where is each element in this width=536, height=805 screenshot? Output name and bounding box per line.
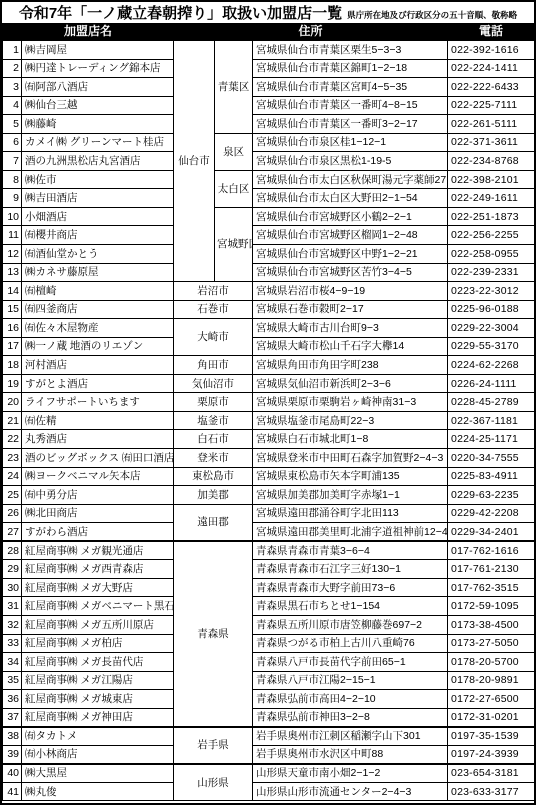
address-cell: 宮城県遠田郡美里町北浦字道祖神前12−4 xyxy=(253,523,448,542)
row-number: 35 xyxy=(3,671,22,690)
phone-cell: 0225-83-4911 xyxy=(448,467,535,486)
table-row: 21㈲佐精塩釜市宮城県塩釜市尾島町22−3022-367-1181 xyxy=(3,411,535,430)
row-number: 3 xyxy=(3,78,22,97)
table-row: 30紅屋商事㈱ メガ大野店青森県青森市大野字前田73−6017-762-3515 xyxy=(3,578,535,597)
row-number: 40 xyxy=(3,764,22,783)
address-cell: 青森県黒石市ちとせ1−154 xyxy=(253,597,448,616)
address-cell: 宮城県仙台市宮城野区小鶴2−2−1 xyxy=(253,207,448,226)
area-cell: 石巻市 xyxy=(174,300,253,319)
row-number: 39 xyxy=(3,745,22,764)
area-cell: 青森県 xyxy=(174,541,253,726)
address-cell: 宮城県仙台市宮城野区榴岡1−2−48 xyxy=(253,226,448,245)
address-cell: 宮城県加美郡加美町字赤塚1−1 xyxy=(253,486,448,505)
address-cell: 岩手県奥州市江刺区稲瀬字山下301 xyxy=(253,727,448,746)
phone-cell: 022-392-1616 xyxy=(448,41,535,60)
row-number: 23 xyxy=(3,449,22,468)
phone-cell: 022-234-8768 xyxy=(448,152,535,171)
store-name-cell: ㈱吉岡屋 xyxy=(22,41,174,60)
store-name-cell: ㈱吉田酒店 xyxy=(22,189,174,208)
row-number: 5 xyxy=(3,115,22,134)
phone-cell: 0229-63-2235 xyxy=(448,486,535,505)
phone-cell: 0172-59-1095 xyxy=(448,597,535,616)
store-name-cell: すがとよ酒店 xyxy=(22,374,174,393)
store-name-cell: ㈱仙台三越 xyxy=(22,96,174,115)
store-name-cell: ㈲酒仙堂かとう xyxy=(22,245,174,264)
area-cell: 東松島市 xyxy=(174,467,253,486)
table-row: 38㈲タカトメ岩手県岩手県奥州市江刺区稲瀬字山下3010197-35-1539 xyxy=(3,727,535,746)
address-cell: 宮城県角田市角田字町238 xyxy=(253,356,448,375)
row-number: 4 xyxy=(3,96,22,115)
phone-cell: 023-633-3177 xyxy=(448,782,535,801)
table-row: 32紅屋商事㈱ メガ五所川原店青森県五所川原市唐笠柳藤巻697−20173-38… xyxy=(3,615,535,634)
table-row: 26㈱北田商店遠田郡宮城県遠田郡涌谷町字北田1130229-42-2208 xyxy=(3,504,535,523)
row-number: 14 xyxy=(3,282,22,301)
phone-cell: 017-761-2130 xyxy=(448,560,535,579)
store-name-cell: 紅屋商事㈱ メガ柏店 xyxy=(22,634,174,653)
phone-cell: 0172-31-0201 xyxy=(448,708,535,727)
table-row: 9㈱吉田酒店宮城県仙台市太白区大野田2−1−54022-249-1611 xyxy=(3,189,535,208)
table-row: 33紅屋商事㈱ メガ柏店青森県つがる市柏上古川八重崎760173-27-5050 xyxy=(3,634,535,653)
table-row: 18河村酒店角田市宮城県角田市角田字町2380224-62-2268 xyxy=(3,356,535,375)
phone-cell: 0228-45-2789 xyxy=(448,393,535,412)
table-row: 17㈱一ノ蔵 地酒のリエゾン宮城県大崎市松山千石字大欅140229-55-317… xyxy=(3,337,535,356)
address-cell: 宮城県仙台市太白区秋保町湯元字薬師27 xyxy=(253,170,448,189)
row-number: 26 xyxy=(3,504,22,523)
address-cell: 山形県天童市南小畑2−1−2 xyxy=(253,764,448,783)
row-number: 38 xyxy=(3,727,22,746)
store-name-cell: カメイ㈱ グリーンマート桂店 xyxy=(22,133,174,152)
store-name-cell: すがわら酒店 xyxy=(22,523,174,542)
store-name-cell: ㈱藤崎 xyxy=(22,115,174,134)
table-row: 22丸秀酒店白石市宮城県白石市城北町1−80224-25-1171 xyxy=(3,430,535,449)
store-name-cell: ㈲佐精 xyxy=(22,411,174,430)
phone-cell: 022-367-1181 xyxy=(448,411,535,430)
area-cell: 塩釜市 xyxy=(174,411,253,430)
row-number: 29 xyxy=(3,560,22,579)
phone-cell: 0172-27-6500 xyxy=(448,690,535,709)
table-row: 3㈲阿部八酒店宮城県仙台市青葉区宮町4−5−35022-222-6433 xyxy=(3,78,535,97)
table-row: 23酒のビッグボックス ㈲田口酒店登米市宮城県登米市中田町石森字加賀野2−4−3… xyxy=(3,449,535,468)
phone-cell: 0229-42-2208 xyxy=(448,504,535,523)
address-cell: 宮城県仙台市青葉区一番町4−8−15 xyxy=(253,96,448,115)
store-name-cell: ㈲中勇分店 xyxy=(22,486,174,505)
phone-cell: 022-222-6433 xyxy=(448,78,535,97)
row-number: 9 xyxy=(3,189,22,208)
table-row: 2㈱円達トレーディング錦本店宮城県仙台市青葉区錦町1−2−18022-224-1… xyxy=(3,59,535,78)
document-page: 令和7年「一ノ蔵立春朝搾り」取扱い加盟店一覧 県庁所在地及び行政区分の五十音順、… xyxy=(0,0,536,805)
address-cell: 宮城県気仙沼市新浜町2−3−6 xyxy=(253,374,448,393)
store-name-cell: 紅屋商事㈱ メガ長苗代店 xyxy=(22,653,174,672)
row-number: 41 xyxy=(3,782,22,801)
page-subtitle: 県庁所在地及び行政区分の五十音順、敬称略 xyxy=(347,9,517,22)
address-cell: 宮城県塩釜市尾島町22−3 xyxy=(253,411,448,430)
address-cell: 青森県八戸市江陽2−15−1 xyxy=(253,671,448,690)
area-cell: 遠田郡 xyxy=(174,504,253,541)
phone-cell: 022-258-0955 xyxy=(448,245,535,264)
table-row: 20ライフサポートいちます栗原市宮城県栗原市栗駒岩ヶ崎神南31−30228-45… xyxy=(3,393,535,412)
address-cell: 宮城県仙台市青葉区錦町1−2−18 xyxy=(253,59,448,78)
address-cell: 宮城県大崎市古川台町9−3 xyxy=(253,319,448,338)
phone-cell: 022-261-5111 xyxy=(448,115,535,134)
area-cell: 宮城野区 xyxy=(215,207,253,281)
row-number: 7 xyxy=(3,152,22,171)
address-cell: 宮城県石巻市穀町2−17 xyxy=(253,300,448,319)
row-number: 13 xyxy=(3,263,22,282)
table-body: 1㈱吉岡屋仙台市青葉区宮城県仙台市青葉区栗生5−3−3022-392-16162… xyxy=(3,41,535,801)
header-phone: 電話 xyxy=(448,24,535,41)
phone-cell: 0224-62-2268 xyxy=(448,356,535,375)
address-cell: 宮城県遠田郡涌谷町字北田113 xyxy=(253,504,448,523)
document-title-bar: 令和7年「一ノ蔵立春朝搾り」取扱い加盟店一覧 県庁所在地及び行政区分の五十音順、… xyxy=(2,2,534,23)
table-row: 19すがとよ酒店気仙沼市宮城県気仙沼市新浜町2−3−60226-24-1111 xyxy=(3,374,535,393)
address-cell: 青森県八戸市長苗代字前田65−1 xyxy=(253,653,448,672)
table-row: 7酒の九洲黒松店丸宮酒店宮城県仙台市泉区黒松1-19-5022-234-8768 xyxy=(3,152,535,171)
row-number: 16 xyxy=(3,319,22,338)
row-number: 20 xyxy=(3,393,22,412)
phone-cell: 022-371-3611 xyxy=(448,133,535,152)
address-cell: 山形県山形市流通センター2−4−3 xyxy=(253,782,448,801)
store-name-cell: ライフサポートいちます xyxy=(22,393,174,412)
store-name-cell: ㈱丸俊 xyxy=(22,782,174,801)
store-name-cell: 紅屋商事㈱ メガ西青森店 xyxy=(22,560,174,579)
address-cell: 宮城県登米市中田町石森字加賀野2−4−3 xyxy=(253,449,448,468)
store-name-cell: 酒の九洲黒松店丸宮酒店 xyxy=(22,152,174,171)
address-cell: 宮城県仙台市泉区桂1−12−1 xyxy=(253,133,448,152)
address-cell: 青森県つがる市柏上古川八重崎76 xyxy=(253,634,448,653)
area-cell: 岩手県 xyxy=(174,727,253,764)
area-cell: 加美郡 xyxy=(174,486,253,505)
store-name-cell: 河村酒店 xyxy=(22,356,174,375)
row-number: 21 xyxy=(3,411,22,430)
table-row: 6カメイ㈱ グリーンマート桂店泉区宮城県仙台市泉区桂1−12−1022-371-… xyxy=(3,133,535,152)
store-name-cell: 紅屋商事㈱ メガ城東店 xyxy=(22,690,174,709)
table-row: 25㈲中勇分店加美郡宮城県加美郡加美町字赤塚1−10229-63-2235 xyxy=(3,486,535,505)
area-cell: 登米市 xyxy=(174,449,253,468)
row-number: 11 xyxy=(3,226,22,245)
row-number: 32 xyxy=(3,615,22,634)
row-number: 12 xyxy=(3,245,22,264)
table-row: 5㈱藤崎宮城県仙台市青葉区一番町3−2−17022-261-5111 xyxy=(3,115,535,134)
store-name-cell: ㈱円達トレーディング錦本店 xyxy=(22,59,174,78)
store-name-cell: 酒のビッグボックス ㈲田口酒店 xyxy=(22,449,174,468)
table-row: 13㈱カネサ藤原屋宮城県仙台市宮城野区苦竹3−4−5022-239-2331 xyxy=(3,263,535,282)
table-row: 36紅屋商事㈱ メガ城東店青森県弘前市高田4−2−100172-27-6500 xyxy=(3,690,535,709)
store-name-cell: ㈲佐々木屋物産 xyxy=(22,319,174,338)
phone-cell: 022-225-7111 xyxy=(448,96,535,115)
address-cell: 宮城県仙台市太白区大野田2−1−54 xyxy=(253,189,448,208)
phone-cell: 022-224-1411 xyxy=(448,59,535,78)
store-name-cell: ㈲四釜商店 xyxy=(22,300,174,319)
table-row: 12㈲酒仙堂かとう宮城県仙台市宮城野区中野1−2−21022-258-0955 xyxy=(3,245,535,264)
store-name-cell: 小畑酒店 xyxy=(22,207,174,226)
area-cell: 気仙沼市 xyxy=(174,374,253,393)
table-row: 41㈱丸俊山形県山形市流通センター2−4−3023-633-3177 xyxy=(3,782,535,801)
store-list-table: 加盟店名 住所 電話 1㈱吉岡屋仙台市青葉区宮城県仙台市青葉区栗生5−3−302… xyxy=(2,23,535,801)
store-name-cell: 紅屋商事㈱ メガ五所川原店 xyxy=(22,615,174,634)
table-row: 16㈲佐々木屋物産大崎市宮城県大崎市古川台町9−30229-22-3004 xyxy=(3,319,535,338)
store-name-cell: 紅屋商事㈱ メガ観光通店 xyxy=(22,541,174,560)
store-name-cell: 紅屋商事㈱ メガ神田店 xyxy=(22,708,174,727)
store-name-cell: ㈱一ノ蔵 地酒のリエゾン xyxy=(22,337,174,356)
table-row: 24㈱ヨークベニマル矢本店東松島市宮城県東松島市矢本字町浦1350225-83-… xyxy=(3,467,535,486)
phone-cell: 0229-22-3004 xyxy=(448,319,535,338)
row-number: 17 xyxy=(3,337,22,356)
area-cell: 仙台市 xyxy=(174,41,215,282)
row-number: 37 xyxy=(3,708,22,727)
address-cell: 青森県弘前市高田4−2−10 xyxy=(253,690,448,709)
row-number: 1 xyxy=(3,41,22,60)
store-name-cell: 丸秀酒店 xyxy=(22,430,174,449)
store-name-cell: ㈱カネサ藤原屋 xyxy=(22,263,174,282)
store-name-cell: 紅屋商事㈱ メガベニマート黒石店 xyxy=(22,597,174,616)
store-name-cell: 紅屋商事㈱ メガ大野店 xyxy=(22,578,174,597)
area-cell: 栗原市 xyxy=(174,393,253,412)
address-cell: 宮城県栗原市栗駒岩ヶ崎神南31−3 xyxy=(253,393,448,412)
address-cell: 宮城県仙台市青葉区一番町3−2−17 xyxy=(253,115,448,134)
store-name-cell: ㈱大黒屋 xyxy=(22,764,174,783)
area-cell: 青葉区 xyxy=(215,41,253,134)
phone-cell: 022-256-2255 xyxy=(448,226,535,245)
phone-cell: 0226-24-1111 xyxy=(448,374,535,393)
table-row: 39㈲小林商店岩手県奥州市水沢区中町880197-24-3939 xyxy=(3,745,535,764)
store-name-cell: ㈲櫻井商店 xyxy=(22,226,174,245)
row-number: 30 xyxy=(3,578,22,597)
row-number: 25 xyxy=(3,486,22,505)
phone-cell: 0224-25-1171 xyxy=(448,430,535,449)
phone-cell: 022-251-1873 xyxy=(448,207,535,226)
area-cell: 角田市 xyxy=(174,356,253,375)
page-title: 令和7年「一ノ蔵立春朝搾り」取扱い加盟店一覧 xyxy=(19,5,342,22)
phone-cell: 0178-20-9891 xyxy=(448,671,535,690)
table-row: 40㈱大黒屋山形県山形県天童市南小畑2−1−2023-654-3181 xyxy=(3,764,535,783)
address-cell: 岩手県奥州市水沢区中町88 xyxy=(253,745,448,764)
address-cell: 青森県青森市石江字三好130−1 xyxy=(253,560,448,579)
store-name-cell: 紅屋商事㈱ メガ江陽店 xyxy=(22,671,174,690)
address-cell: 宮城県仙台市青葉区宮町4−5−35 xyxy=(253,78,448,97)
store-name-cell: ㈱北田商店 xyxy=(22,504,174,523)
phone-cell: 0173-27-5050 xyxy=(448,634,535,653)
address-cell: 宮城県仙台市青葉区栗生5−3−3 xyxy=(253,41,448,60)
row-number: 10 xyxy=(3,207,22,226)
phone-cell: 017-762-3515 xyxy=(448,578,535,597)
address-cell: 宮城県東松島市矢本字町浦135 xyxy=(253,467,448,486)
table-row: 15㈲四釜商店石巻市宮城県石巻市穀町2−170225-96-0188 xyxy=(3,300,535,319)
row-number: 6 xyxy=(3,133,22,152)
phone-cell: 017-762-1616 xyxy=(448,541,535,560)
address-cell: 青森県五所川原市唐笠柳藤巻697−2 xyxy=(253,615,448,634)
area-cell: 山形県 xyxy=(174,764,253,801)
phone-cell: 0223-22-3012 xyxy=(448,282,535,301)
address-cell: 宮城県白石市城北町1−8 xyxy=(253,430,448,449)
table-row: 29紅屋商事㈱ メガ西青森店青森県青森市石江字三好130−1017-761-21… xyxy=(3,560,535,579)
phone-cell: 0197-24-3939 xyxy=(448,745,535,764)
table-row: 4㈱仙台三越宮城県仙台市青葉区一番町4−8−15022-225-7111 xyxy=(3,96,535,115)
row-number: 19 xyxy=(3,374,22,393)
header-store-name: 加盟店名 xyxy=(3,24,174,41)
row-number: 31 xyxy=(3,597,22,616)
row-number: 36 xyxy=(3,690,22,709)
store-name-cell: ㈱ヨークベニマル矢本店 xyxy=(22,467,174,486)
address-cell: 青森県青森市青葉3−6−4 xyxy=(253,541,448,560)
phone-cell: 0178-20-5700 xyxy=(448,653,535,672)
table-row: 31紅屋商事㈱ メガベニマート黒石店青森県黒石市ちとせ1−1540172-59-… xyxy=(3,597,535,616)
table-row: 11㈲櫻井商店宮城県仙台市宮城野区榴岡1−2−48022-256-2255 xyxy=(3,226,535,245)
area-cell: 白石市 xyxy=(174,430,253,449)
table-row: 27すがわら酒店宮城県遠田郡美里町北浦字道祖神前12−40229-34-2401 xyxy=(3,523,535,542)
table-row: 35紅屋商事㈱ メガ江陽店青森県八戸市江陽2−15−10178-20-9891 xyxy=(3,671,535,690)
phone-cell: 023-654-3181 xyxy=(448,764,535,783)
phone-cell: 0225-96-0188 xyxy=(448,300,535,319)
row-number: 15 xyxy=(3,300,22,319)
address-cell: 青森県青森市大野字前田73−6 xyxy=(253,578,448,597)
phone-cell: 0220-34-7555 xyxy=(448,449,535,468)
table-row: 28紅屋商事㈱ メガ観光通店青森県青森県青森市青葉3−6−4017-762-16… xyxy=(3,541,535,560)
phone-cell: 022-239-2331 xyxy=(448,263,535,282)
area-cell: 太白区 xyxy=(215,170,253,207)
row-number: 27 xyxy=(3,523,22,542)
area-cell: 岩沼市 xyxy=(174,282,253,301)
store-name-cell: ㈱佐市 xyxy=(22,170,174,189)
store-name-cell: ㈲阿部八酒店 xyxy=(22,78,174,97)
phone-cell: 0173-38-4500 xyxy=(448,615,535,634)
table-row: 10小畑酒店宮城野区宮城県仙台市宮城野区小鶴2−2−1022-251-1873 xyxy=(3,207,535,226)
store-name-cell: ㈲タカトメ xyxy=(22,727,174,746)
phone-cell: 0229-34-2401 xyxy=(448,523,535,542)
phone-cell: 0229-55-3170 xyxy=(448,337,535,356)
address-cell: 宮城県大崎市松山千石字大欅14 xyxy=(253,337,448,356)
table-row: 1㈱吉岡屋仙台市青葉区宮城県仙台市青葉区栗生5−3−3022-392-1616 xyxy=(3,41,535,60)
store-name-cell: ㈲小林商店 xyxy=(22,745,174,764)
area-cell: 泉区 xyxy=(215,133,253,170)
area-cell: 大崎市 xyxy=(174,319,253,356)
row-number: 34 xyxy=(3,653,22,672)
phone-cell: 022-249-1611 xyxy=(448,189,535,208)
address-cell: 宮城県仙台市宮城野区中野1−2−21 xyxy=(253,245,448,264)
row-number: 18 xyxy=(3,356,22,375)
table-row: 37紅屋商事㈱ メガ神田店青森県弘前市神田3−2−80172-31-0201 xyxy=(3,708,535,727)
table-row: 14㈲檀崎岩沼市宮城県岩沼市桜4−9−190223-22-3012 xyxy=(3,282,535,301)
table-row: 34紅屋商事㈱ メガ長苗代店青森県八戸市長苗代字前田65−10178-20-57… xyxy=(3,653,535,672)
row-number: 22 xyxy=(3,430,22,449)
address-cell: 宮城県岩沼市桜4−9−19 xyxy=(253,282,448,301)
row-number: 33 xyxy=(3,634,22,653)
address-cell: 宮城県仙台市泉区黒松1-19-5 xyxy=(253,152,448,171)
row-number: 24 xyxy=(3,467,22,486)
phone-cell: 0197-35-1539 xyxy=(448,727,535,746)
header-address: 住所 xyxy=(174,24,448,41)
row-number: 8 xyxy=(3,170,22,189)
row-number: 28 xyxy=(3,541,22,560)
table-header-row: 加盟店名 住所 電話 xyxy=(3,24,535,41)
address-cell: 宮城県仙台市宮城野区苦竹3−4−5 xyxy=(253,263,448,282)
store-name-cell: ㈲檀崎 xyxy=(22,282,174,301)
address-cell: 青森県弘前市神田3−2−8 xyxy=(253,708,448,727)
row-number: 2 xyxy=(3,59,22,78)
phone-cell: 022-398-2101 xyxy=(448,170,535,189)
table-row: 8㈱佐市太白区宮城県仙台市太白区秋保町湯元字薬師27022-398-2101 xyxy=(3,170,535,189)
